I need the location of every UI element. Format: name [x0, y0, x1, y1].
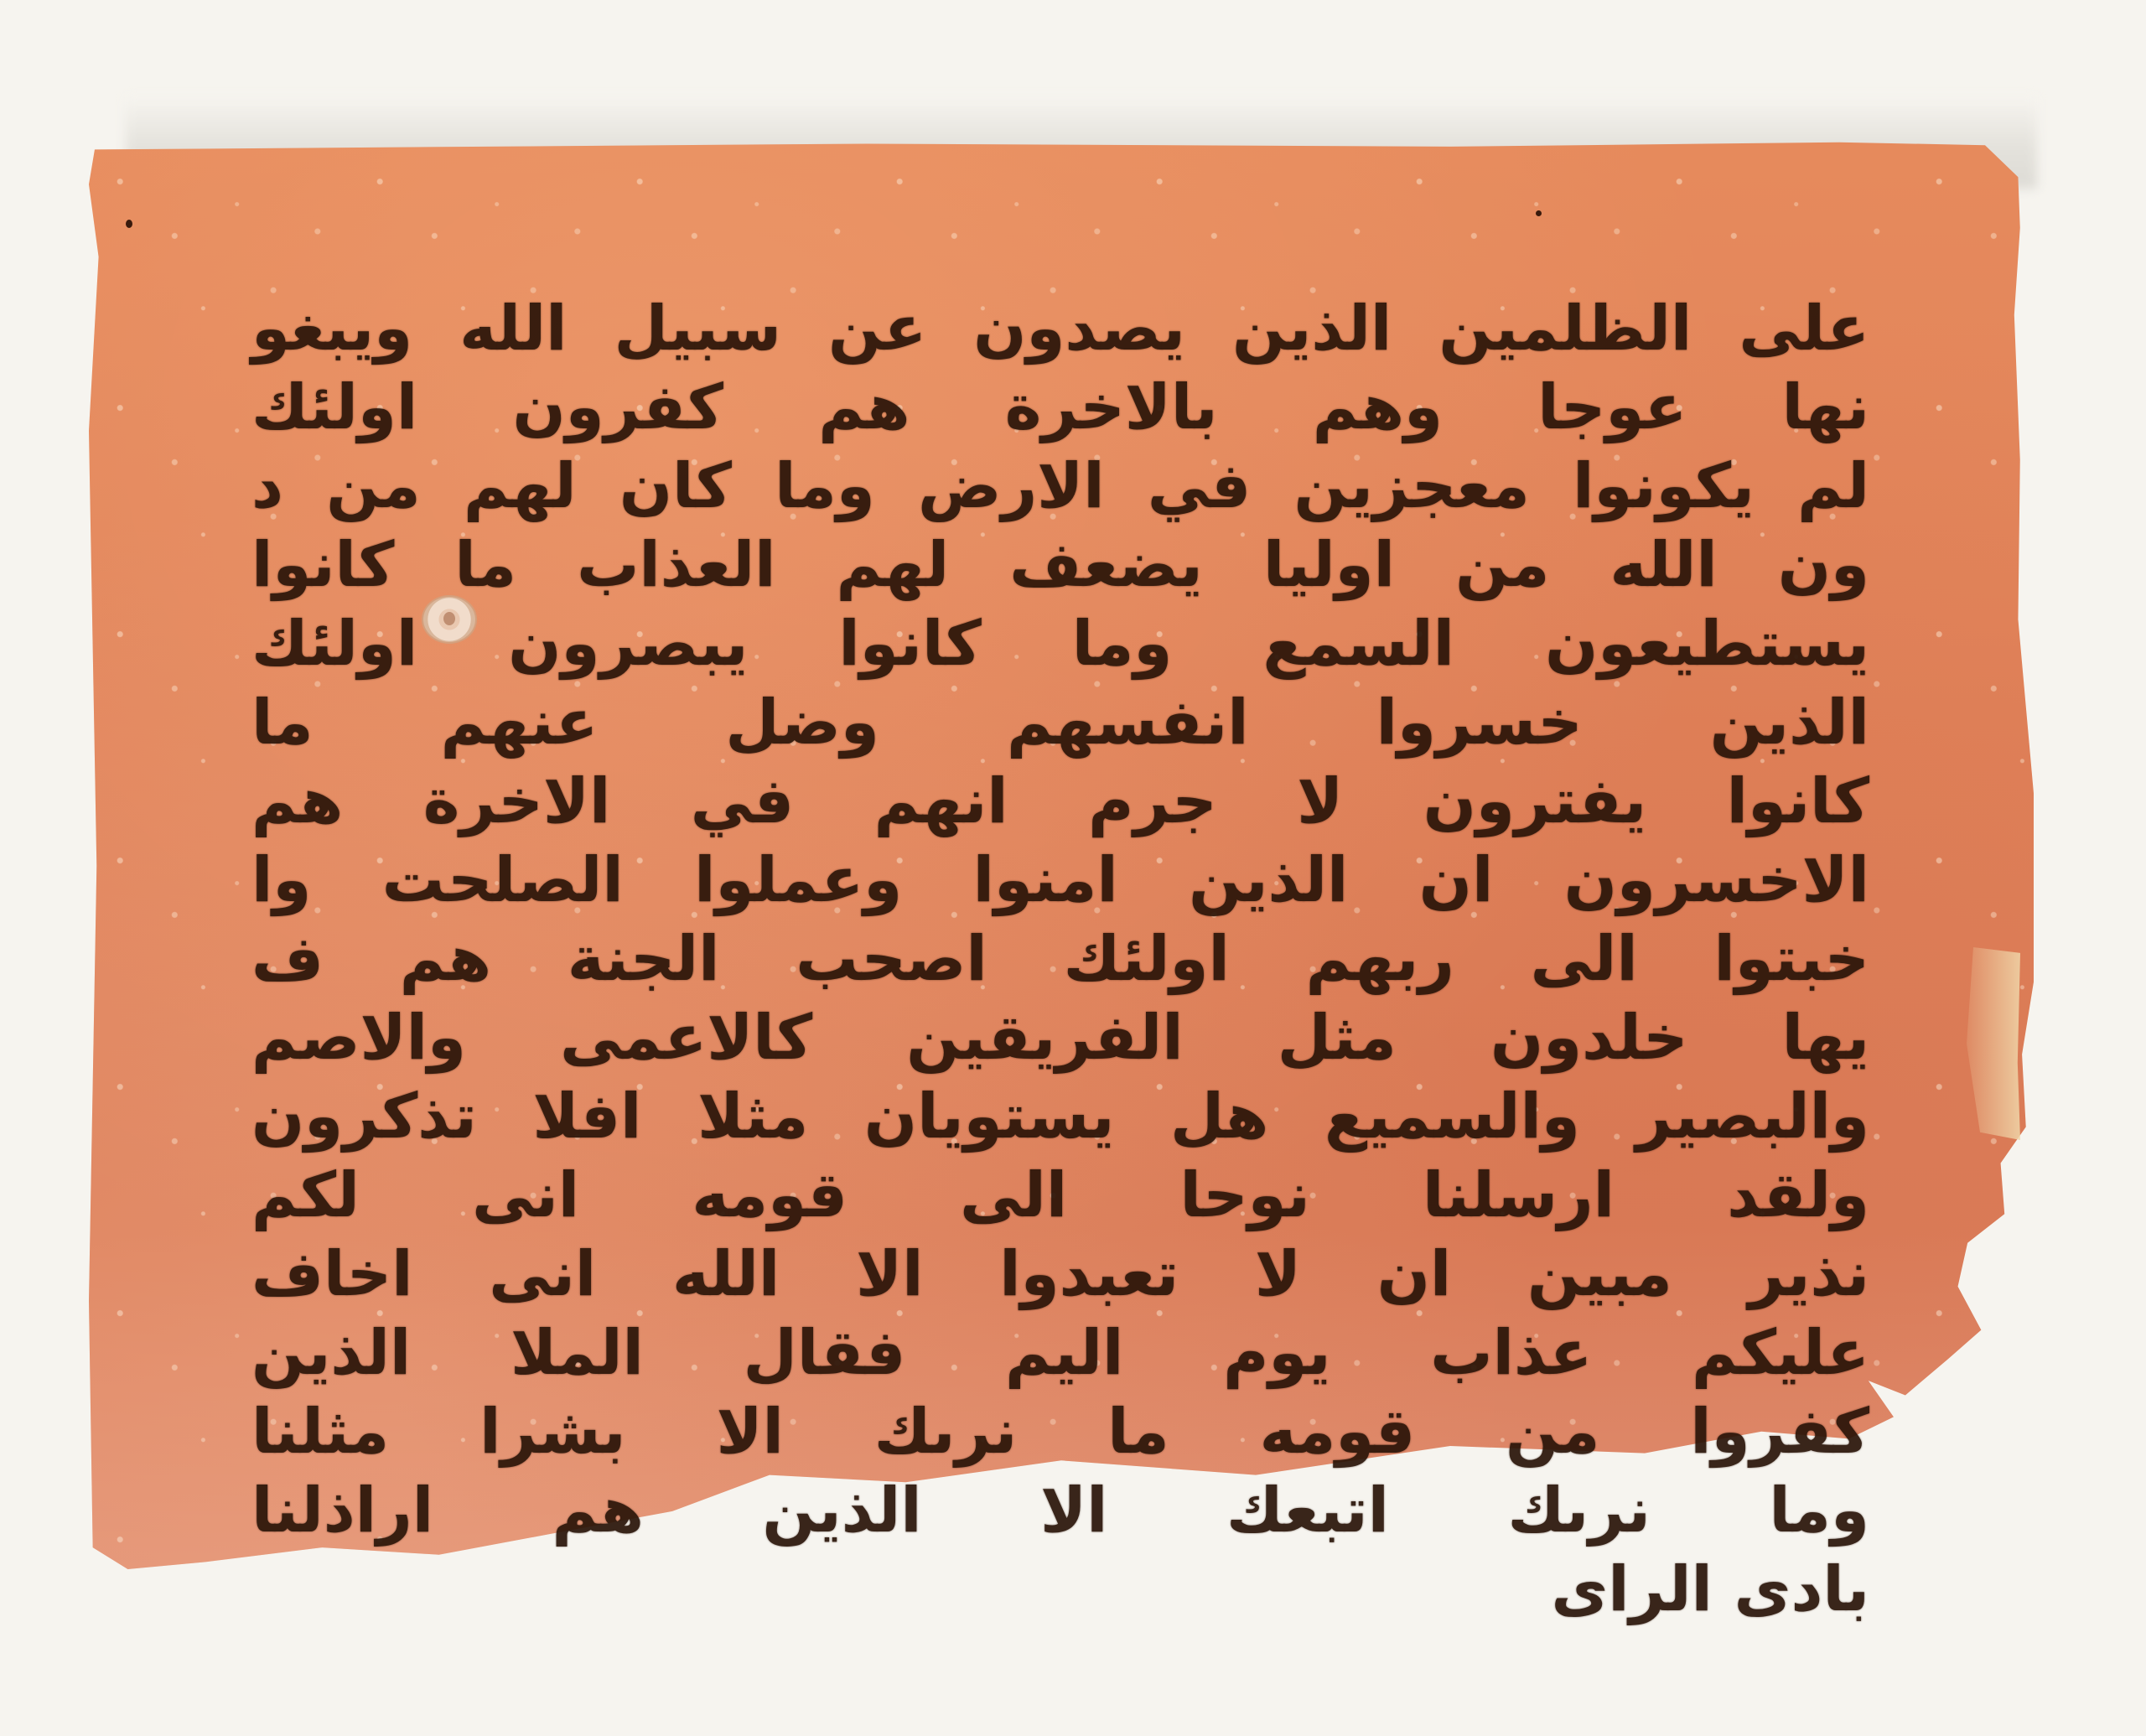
verse-marker-roundel-icon — [423, 597, 475, 642]
text-line-16: وما نرىك اتبعك الا الذين هم اراذلنا — [251, 1471, 1869, 1550]
text-line-7: كانوا يفترون لا جرم انهم في الاخرة هم — [251, 762, 1869, 841]
text-line-3: لم يكونوا معجزين في الارض وما كان لهم من… — [251, 447, 1869, 526]
text-line-14: عليكم عذاب يوم اليم فقال الملا الذين — [251, 1314, 1869, 1392]
kufic-text-block: على الظلمين الذين يصدون عن سبيل الله ويب… — [251, 289, 1869, 1629]
text-line-2: نها عوجا وهم بالاخرة هم كفرون اولئك — [251, 368, 1869, 447]
text-line-15: كفروا من قومه ما نرىك الا بشرا مثلنا — [251, 1392, 1869, 1471]
text-line-13: نذير مبين ان لا تعبدوا الا الله انى اخاف — [251, 1235, 1869, 1314]
text-line-17: بادى الراى — [251, 1550, 1869, 1629]
ink-speck — [1536, 210, 1542, 216]
text-line-8: الاخسرون ان الذين امنوا وعملوا الصلحت وا — [251, 841, 1869, 920]
text-line-11: والبصير والسميع هل يستويان مثلا افلا تذك… — [251, 1077, 1869, 1156]
text-line-10: يها خلدون مثل الفريقين كالاعمى والاصم — [251, 998, 1869, 1077]
text-line-4: ون الله من اوليا يضعف لهم العذاب ما كانو… — [251, 526, 1869, 604]
text-line-1: على الظلمين الذين يصدون عن سبيل الله ويب… — [251, 289, 1869, 368]
text-line-9: خبتوا الى ربهم اولئك اصحب الجنة هم ف — [251, 920, 1869, 998]
ink-speck — [126, 220, 132, 228]
text-line-12: ولقد ارسلنا نوحا الى قومه انى لكم — [251, 1156, 1869, 1235]
text-line-5: يستطيعون السمع وما كانوا يبصرون اولئك — [251, 604, 1869, 683]
text-line-6: الذين خسروا انفسهم وضل عنهم ما — [251, 683, 1869, 762]
